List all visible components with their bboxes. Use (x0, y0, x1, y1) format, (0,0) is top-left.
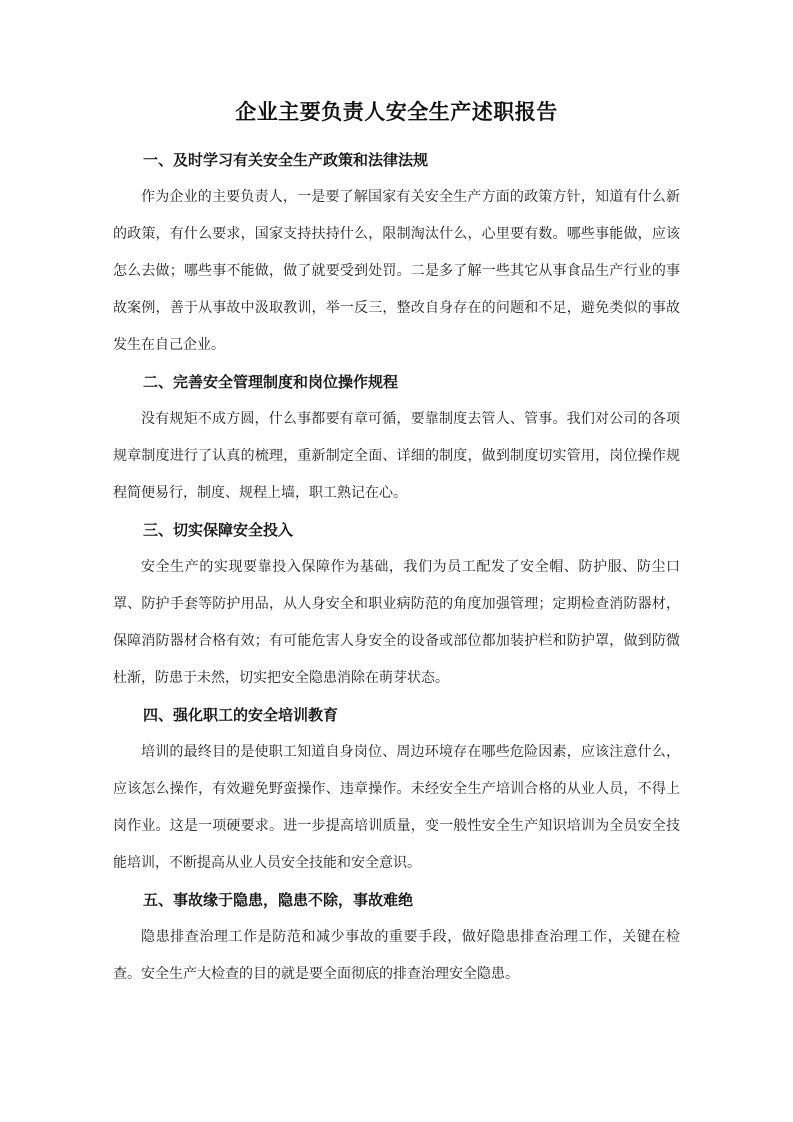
section-4: 四、强化职工的安全培训教育 培训的最终目的是使职工知道自身岗位、周边环境存在哪些… (113, 697, 680, 882)
document-page: 企业主要负责人安全生产述职报告 一、及时学习有关安全生产政策和法律法规 作为企业… (0, 0, 793, 1122)
section-2-paragraph: 没有规矩不成方圆，什么事都要有章可循，要靠制度去管人、管事。我们对公司的各项规章… (113, 401, 680, 512)
section-5-paragraph: 隐患排查治理工作是防范和减少事故的重要手段，做好隐患排查治理工作，关键在检查。安… (113, 919, 680, 993)
section-1-paragraph: 作为企业的主要负责人，一是要了解国家有关安全生产方面的政策方针，知道有什么新的政… (113, 179, 680, 364)
section-3-heading: 三、切实保障安全投入 (113, 512, 680, 549)
section-1-heading: 一、及时学习有关安全生产政策和法律法规 (113, 142, 680, 179)
section-4-heading: 四、强化职工的安全培训教育 (113, 697, 680, 734)
document-title: 企业主要负责人安全生产述职报告 (113, 92, 680, 132)
section-2-heading: 二、完善安全管理制度和岗位操作规程 (113, 364, 680, 401)
section-5: 五、事故缘于隐患，隐患不除，事故难绝 隐患排查治理工作是防范和减少事故的重要手段… (113, 882, 680, 993)
section-2: 二、完善安全管理制度和岗位操作规程 没有规矩不成方圆，什么事都要有章可循，要靠制… (113, 364, 680, 512)
section-4-paragraph: 培训的最终目的是使职工知道自身岗位、周边环境存在哪些危险因素，应该注意什么，应该… (113, 734, 680, 882)
section-5-heading: 五、事故缘于隐患，隐患不除，事故难绝 (113, 882, 680, 919)
section-3-paragraph: 安全生产的实现要靠投入保障作为基础，我们为员工配发了安全帽、防护服、防尘口罩、防… (113, 549, 680, 697)
section-3: 三、切实保障安全投入 安全生产的实现要靠投入保障作为基础，我们为员工配发了安全帽… (113, 512, 680, 697)
section-1: 一、及时学习有关安全生产政策和法律法规 作为企业的主要负责人，一是要了解国家有关… (113, 142, 680, 364)
